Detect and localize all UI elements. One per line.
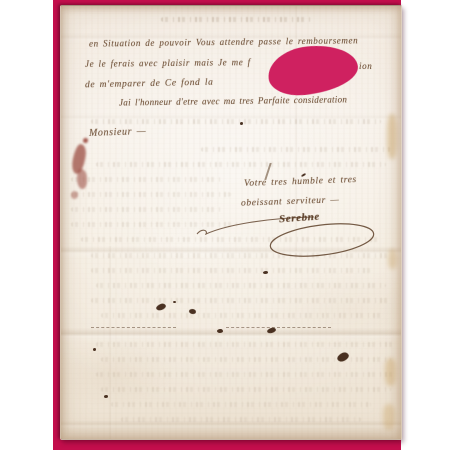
- photo-stage: en Situation de pouvoir Vous attendre pa…: [0, 0, 450, 450]
- stitch-marks: [91, 327, 176, 328]
- letter-line-2-fragment: ion: [359, 61, 372, 71]
- salutation: Monsieur —: [89, 126, 147, 139]
- wax-stain: [76, 169, 88, 190]
- fold-crease: [108, 246, 114, 439]
- ink-spot: [155, 302, 166, 311]
- edge-stain: [383, 404, 395, 430]
- edge-stain: [385, 358, 396, 386]
- ink-spot: [173, 301, 176, 303]
- ghost-text-line: [101, 313, 381, 318]
- ghost-text-line: [91, 268, 371, 273]
- letter-line-3: de m'emparer de Ce fond la: [85, 78, 214, 91]
- ghost-text-line: [96, 342, 396, 347]
- ghost-text-line: [111, 402, 371, 407]
- fold-crease: [61, 114, 401, 122]
- ghost-text-line: [71, 177, 221, 182]
- ink-spot: [263, 271, 268, 274]
- letter-line-4: Jai l'honneur d'etre avec ma tres Parfai…: [119, 94, 347, 107]
- closing-line-1: Votre tres humble et tres: [244, 175, 357, 189]
- wax-stain: [71, 191, 78, 199]
- ink-spot: [217, 329, 223, 333]
- wax-stain: [83, 138, 88, 143]
- signature-flourish: [194, 204, 384, 266]
- stitch-marks: [226, 327, 331, 328]
- edge-stain: [388, 249, 397, 269]
- ink-spot: [240, 122, 243, 125]
- ghost-text-line: [96, 372, 396, 377]
- ghost-text-line: [91, 298, 391, 303]
- edge-stain: [387, 114, 397, 159]
- ghost-text-line: [161, 17, 311, 22]
- ghost-text-line: [96, 283, 386, 288]
- ghost-text-line: [96, 162, 386, 167]
- ghost-text-line: [71, 192, 231, 197]
- ink-spot: [93, 348, 96, 351]
- letter-line-2: Je le ferais avec plaisir mais Je me f: [85, 57, 251, 69]
- ghost-text-line: [101, 387, 391, 392]
- ink-spot: [104, 395, 108, 398]
